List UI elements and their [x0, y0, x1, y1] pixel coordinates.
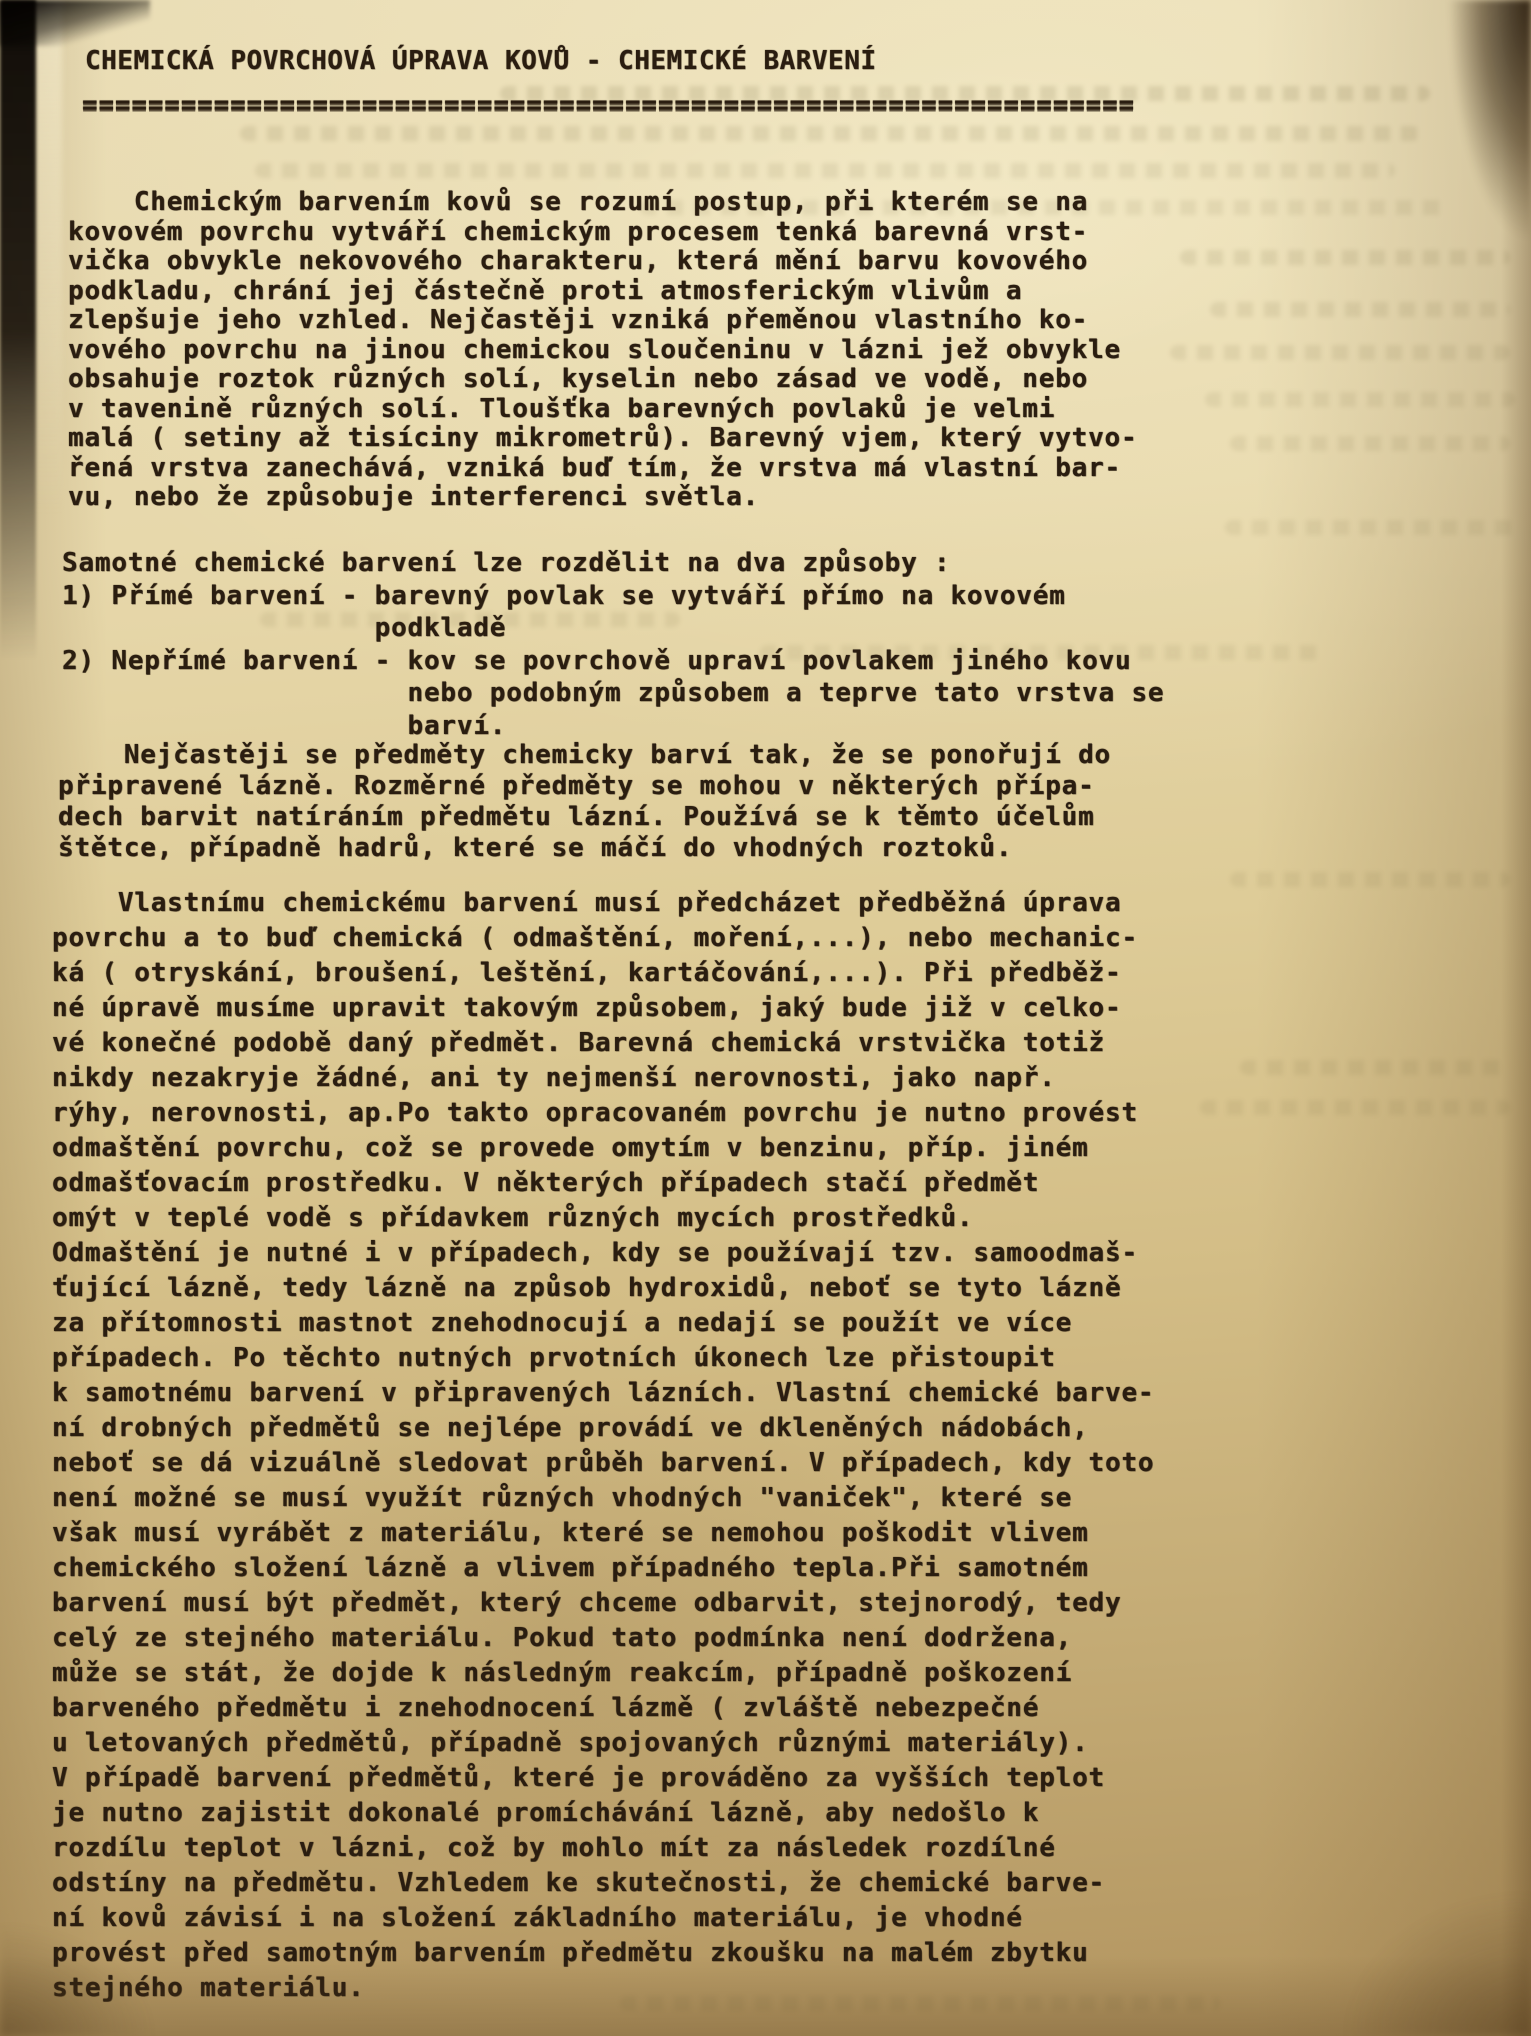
left-edge-shadow [0, 0, 36, 660]
bleed-through-line [240, 126, 1420, 141]
bleed-through-line [1180, 250, 1510, 265]
paragraph-dipping: Nejčastěji se předměty chemicky barví ta… [58, 740, 1111, 864]
paragraph-methods-list: Samotné chemické barvení lze rozdělit na… [62, 547, 1164, 742]
scanned-page: CHEMICKÁ POVRCHOVÁ ÚPRAVA KOVŮ - CHEMICK… [0, 0, 1531, 2036]
bleed-through-line [1240, 1060, 1510, 1075]
bleed-through-line [255, 163, 1395, 178]
paragraph-pretreatment: Vlastnímu chemickému barvení musí předch… [52, 886, 1154, 2006]
bleed-through-line [1210, 302, 1510, 317]
bleed-through-line [1205, 392, 1515, 407]
paper-edge-highlight [34, 0, 62, 560]
top-right-shadow [1421, 0, 1531, 320]
bleed-through-line [1230, 436, 1510, 451]
bleed-through-line [1230, 872, 1510, 887]
bottom-right-shadow [1271, 1836, 1531, 2036]
bleed-through-line [1200, 1100, 1510, 1115]
title-underline: ========================================… [82, 90, 1135, 120]
document-title: CHEMICKÁ POVRCHOVÁ ÚPRAVA KOVŮ - CHEMICK… [85, 46, 877, 76]
bleed-through-line [1225, 520, 1515, 535]
top-left-shadow [0, 0, 150, 46]
bleed-through-line [1170, 345, 1510, 360]
paragraph-intro: Chemickým barvením kovů se rozumí postup… [68, 188, 1137, 513]
